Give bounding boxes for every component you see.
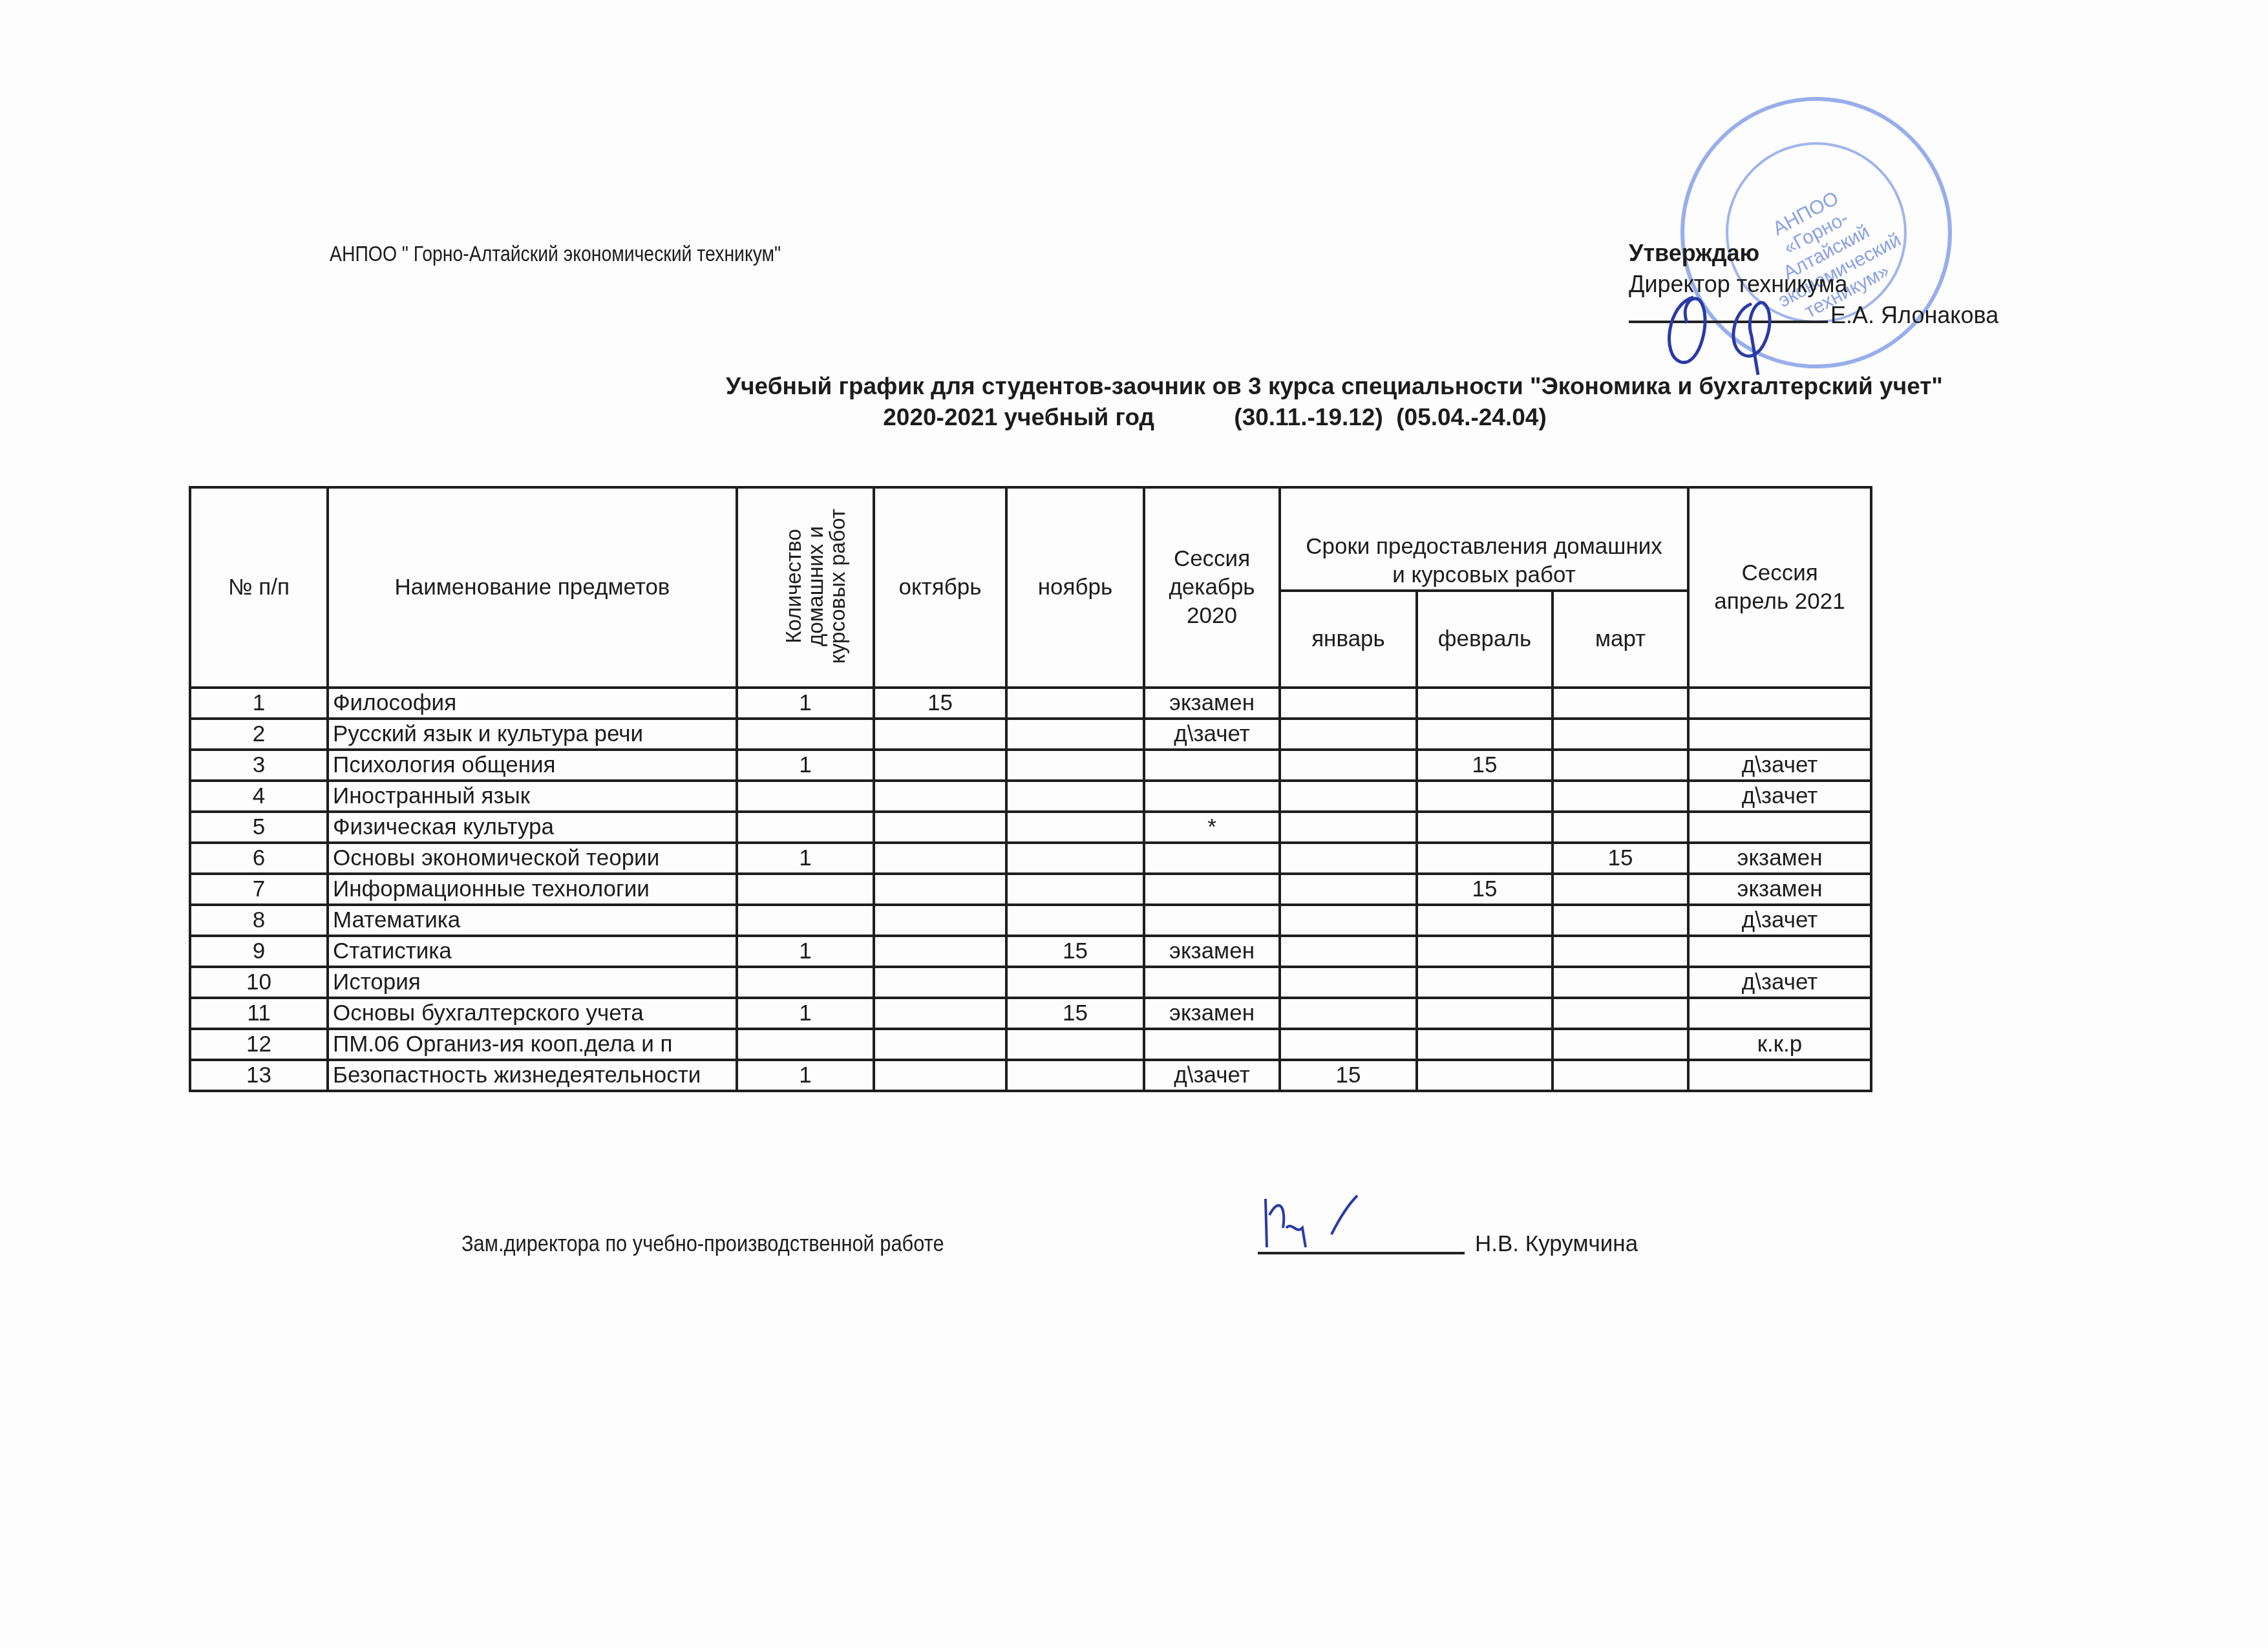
cell-march bbox=[1553, 1029, 1688, 1060]
cell-num: 4 bbox=[190, 781, 328, 812]
cell-january bbox=[1280, 905, 1417, 936]
approver-name: Е.А. Ялонакова bbox=[1830, 302, 1998, 328]
cell-january bbox=[1280, 781, 1417, 812]
header-march: март bbox=[1553, 591, 1688, 688]
cell-subject: Психология общения bbox=[328, 750, 737, 781]
cell-october bbox=[874, 998, 1006, 1029]
cell-count bbox=[737, 874, 874, 905]
cell-subject: Физическая культура bbox=[328, 812, 737, 843]
table-row: 8Математикад\зачет bbox=[190, 905, 1871, 936]
cell-num: 5 bbox=[190, 812, 328, 843]
cell-february bbox=[1417, 967, 1553, 998]
cell-february bbox=[1417, 998, 1553, 1029]
cell-november bbox=[1006, 905, 1144, 936]
cell-session-apr: д\зачет bbox=[1688, 967, 1871, 998]
cell-subject: Основы бухгалтерского учета bbox=[328, 998, 737, 1029]
cell-count bbox=[737, 781, 874, 812]
cell-session-dec: экзамен bbox=[1144, 998, 1280, 1029]
cell-session-dec bbox=[1144, 905, 1280, 936]
cell-january bbox=[1280, 812, 1417, 843]
cell-november bbox=[1006, 812, 1144, 843]
cell-march bbox=[1553, 719, 1688, 750]
cell-session-apr bbox=[1688, 719, 1871, 750]
table-row: 6Основы экономической теории115экзамен bbox=[190, 843, 1871, 874]
cell-february bbox=[1417, 812, 1553, 843]
cell-october bbox=[874, 1060, 1006, 1091]
cell-march bbox=[1553, 812, 1688, 843]
cell-march: 15 bbox=[1553, 843, 1688, 874]
cell-session-apr bbox=[1688, 936, 1871, 967]
cell-october bbox=[874, 936, 1006, 967]
cell-num: 6 bbox=[190, 843, 328, 874]
cell-session-apr: д\зачет bbox=[1688, 781, 1871, 812]
cell-session-apr bbox=[1688, 812, 1871, 843]
cell-october bbox=[874, 781, 1006, 812]
cell-num: 7 bbox=[190, 874, 328, 905]
cell-subject: Русский язык и культура речи bbox=[328, 719, 737, 750]
cell-subject: Философия bbox=[328, 688, 737, 719]
table-row: 10Историяд\зачет bbox=[190, 967, 1871, 998]
cell-count: 1 bbox=[737, 688, 874, 719]
cell-february bbox=[1417, 1029, 1553, 1060]
title-line-2: 2020-2021 учебный год (30.11.-19.12) (05… bbox=[0, 402, 2268, 433]
cell-session-dec bbox=[1144, 843, 1280, 874]
organization-name: АНПОО " Горно-Алтайский экономический те… bbox=[330, 242, 781, 266]
table-row: 13Безопастность жизнедеятельности1д\заче… bbox=[190, 1060, 1871, 1091]
cell-january bbox=[1280, 936, 1417, 967]
table-row: 4Иностранный языкд\зачет bbox=[190, 781, 1871, 812]
table-row: 1Философия115экзамен bbox=[190, 688, 1871, 719]
header-num: № п/п bbox=[190, 487, 328, 688]
cell-session-dec: д\зачет bbox=[1144, 719, 1280, 750]
cell-session-apr: д\зачет bbox=[1688, 905, 1871, 936]
cell-subject: Основы экономической теории bbox=[328, 843, 737, 874]
cell-october: 15 bbox=[874, 688, 1006, 719]
cell-num: 8 bbox=[190, 905, 328, 936]
title-line-1: Учебный график для студентов-заочник ов … bbox=[0, 371, 2268, 402]
table-row: 9Статистика115экзамен bbox=[190, 936, 1871, 967]
cell-october bbox=[874, 812, 1006, 843]
cell-november bbox=[1006, 750, 1144, 781]
cell-november bbox=[1006, 719, 1144, 750]
table-row: 11Основы бухгалтерского учета115экзамен bbox=[190, 998, 1871, 1029]
cell-num: 13 bbox=[190, 1060, 328, 1091]
cell-count: 1 bbox=[737, 936, 874, 967]
cell-february bbox=[1417, 936, 1553, 967]
cell-october bbox=[874, 874, 1006, 905]
cell-february bbox=[1417, 719, 1553, 750]
cell-session-apr: экзамен bbox=[1688, 874, 1871, 905]
cell-session-dec: * bbox=[1144, 812, 1280, 843]
cell-october bbox=[874, 843, 1006, 874]
cell-november bbox=[1006, 874, 1144, 905]
header-session-december: Сессия декабрь 2020 bbox=[1144, 487, 1280, 688]
footer-signatory: Н.В. Курумчина bbox=[1475, 1231, 1638, 1257]
cell-num: 9 bbox=[190, 936, 328, 967]
cell-count bbox=[737, 812, 874, 843]
cell-session-apr bbox=[1688, 1060, 1871, 1091]
cell-session-dec bbox=[1144, 874, 1280, 905]
cell-february: 15 bbox=[1417, 750, 1553, 781]
cell-num: 1 bbox=[190, 688, 328, 719]
cell-session-dec bbox=[1144, 1029, 1280, 1060]
cell-january bbox=[1280, 1029, 1417, 1060]
cell-count: 1 bbox=[737, 998, 874, 1029]
table-row: 2Русский язык и культура речид\зачет bbox=[190, 719, 1871, 750]
cell-count: 1 bbox=[737, 750, 874, 781]
cell-num: 11 bbox=[190, 998, 328, 1029]
cell-march bbox=[1553, 1060, 1688, 1091]
cell-november bbox=[1006, 1029, 1144, 1060]
cell-november bbox=[1006, 688, 1144, 719]
cell-session-apr: к.к.р bbox=[1688, 1029, 1871, 1060]
header-count-text: Количество домашних и курсовых работ bbox=[783, 509, 849, 664]
cell-october bbox=[874, 1029, 1006, 1060]
cell-session-apr bbox=[1688, 688, 1871, 719]
cell-session-apr bbox=[1688, 998, 1871, 1029]
cell-november: 15 bbox=[1006, 936, 1144, 967]
cell-count bbox=[737, 967, 874, 998]
cell-february bbox=[1417, 688, 1553, 719]
cell-num: 12 bbox=[190, 1029, 328, 1060]
cell-subject: Иностранный язык bbox=[328, 781, 737, 812]
cell-january bbox=[1280, 843, 1417, 874]
cell-session-dec: д\зачет bbox=[1144, 1060, 1280, 1091]
cell-february bbox=[1417, 843, 1553, 874]
table-row: 12ПМ.06 Организ-ия кооп.дела и пк.к.р bbox=[190, 1029, 1871, 1060]
cell-num: 2 bbox=[190, 719, 328, 750]
cell-subject: Математика bbox=[328, 905, 737, 936]
cell-march bbox=[1553, 750, 1688, 781]
cell-count bbox=[737, 1029, 874, 1060]
director-signature bbox=[1655, 278, 1810, 381]
deputy-signature bbox=[1260, 1189, 1415, 1254]
cell-march bbox=[1553, 905, 1688, 936]
cell-session-dec: экзамен bbox=[1144, 688, 1280, 719]
cell-session-dec bbox=[1144, 750, 1280, 781]
cell-subject: История bbox=[328, 967, 737, 998]
cell-num: 10 bbox=[190, 967, 328, 998]
cell-subject: Статистика bbox=[328, 936, 737, 967]
cell-january bbox=[1280, 998, 1417, 1029]
header-february: февраль bbox=[1417, 591, 1553, 688]
header-january: январь bbox=[1280, 591, 1417, 688]
header-subject: Наименование предметов bbox=[328, 487, 737, 688]
cell-january bbox=[1280, 874, 1417, 905]
cell-session-apr: экзамен bbox=[1688, 843, 1871, 874]
cell-subject: Информационные технологии bbox=[328, 874, 737, 905]
cell-february: 15 bbox=[1417, 874, 1553, 905]
table-row: 5Физическая культура* bbox=[190, 812, 1871, 843]
cell-january bbox=[1280, 719, 1417, 750]
cell-october bbox=[874, 967, 1006, 998]
cell-count bbox=[737, 905, 874, 936]
cell-march bbox=[1553, 936, 1688, 967]
cell-november bbox=[1006, 843, 1144, 874]
cell-subject: ПМ.06 Организ-ия кооп.дела и п bbox=[328, 1029, 737, 1060]
cell-november bbox=[1006, 781, 1144, 812]
cell-november: 15 bbox=[1006, 998, 1144, 1029]
cell-october bbox=[874, 719, 1006, 750]
cell-march bbox=[1553, 874, 1688, 905]
cell-october bbox=[874, 905, 1006, 936]
cell-session-dec bbox=[1144, 967, 1280, 998]
cell-session-apr: д\зачет bbox=[1688, 750, 1871, 781]
header-deadlines-group: Сроки предоставления домашних и курсовых… bbox=[1280, 487, 1688, 591]
cell-session-dec bbox=[1144, 781, 1280, 812]
cell-january bbox=[1280, 750, 1417, 781]
cell-march bbox=[1553, 967, 1688, 998]
cell-march bbox=[1553, 998, 1688, 1029]
cell-november bbox=[1006, 1060, 1144, 1091]
document-title: Учебный график для студентов-заочник ов … bbox=[0, 371, 2268, 433]
cell-february bbox=[1417, 905, 1553, 936]
cell-february bbox=[1417, 781, 1553, 812]
approve-label: Утверждаю bbox=[1629, 238, 1998, 269]
footer-signature-line bbox=[1258, 1252, 1465, 1254]
cell-count bbox=[737, 719, 874, 750]
footer-position: Зам.директора по учебно-производственной… bbox=[461, 1231, 944, 1257]
cell-count: 1 bbox=[737, 1060, 874, 1091]
header-october: октябрь bbox=[874, 487, 1006, 688]
cell-count: 1 bbox=[737, 843, 874, 874]
cell-january: 15 bbox=[1280, 1060, 1417, 1091]
cell-january bbox=[1280, 688, 1417, 719]
header-november: ноябрь bbox=[1006, 487, 1144, 688]
cell-january bbox=[1280, 967, 1417, 998]
header-count: Количество домашних и курсовых работ bbox=[737, 487, 874, 688]
schedule-table: № п/п Наименование предметов Количество … bbox=[189, 486, 1872, 1092]
header-session-april: Сессия апрель 2021 bbox=[1688, 487, 1871, 688]
table-row: 3Психология общения115д\зачет bbox=[190, 750, 1871, 781]
cell-march bbox=[1553, 688, 1688, 719]
cell-subject: Безопастность жизнедеятельности bbox=[328, 1060, 737, 1091]
cell-november bbox=[1006, 967, 1144, 998]
cell-march bbox=[1553, 781, 1688, 812]
table-row: 7Информационные технологии15экзамен bbox=[190, 874, 1871, 905]
cell-october bbox=[874, 750, 1006, 781]
cell-num: 3 bbox=[190, 750, 328, 781]
cell-february bbox=[1417, 1060, 1553, 1091]
cell-session-dec: экзамен bbox=[1144, 936, 1280, 967]
